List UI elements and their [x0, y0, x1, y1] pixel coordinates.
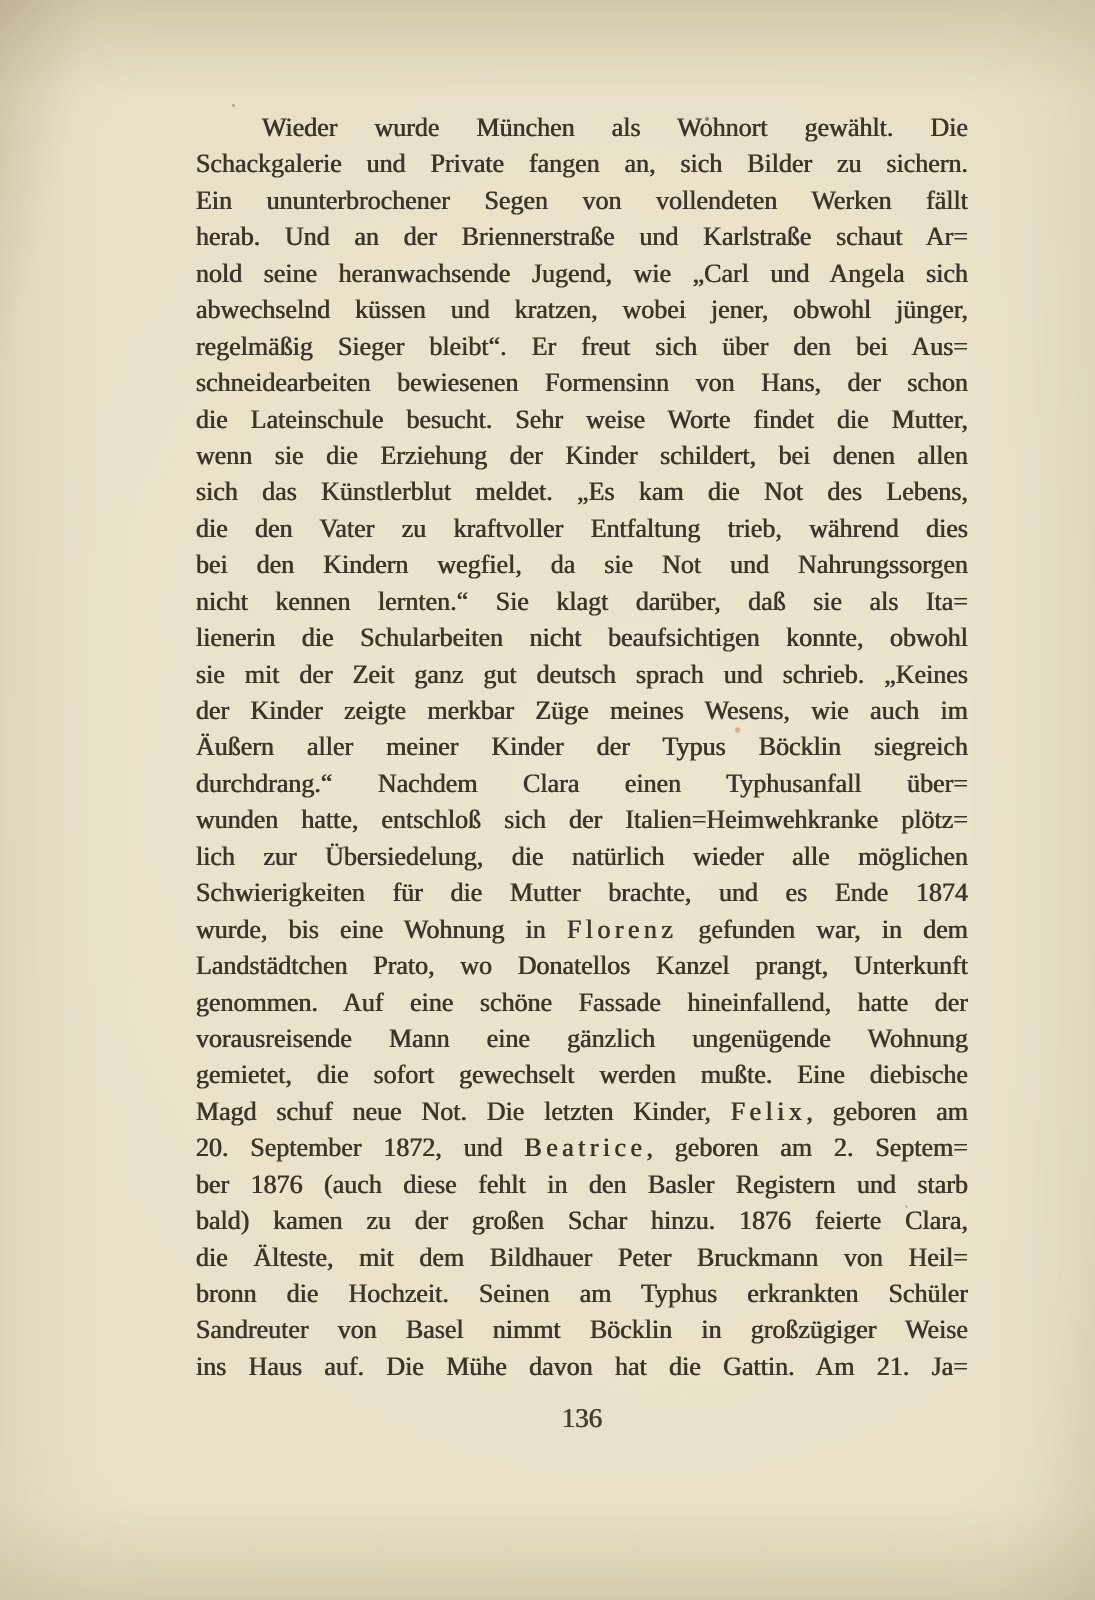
text-segment: sie mit der Zeit ganz gut deutsch sprach… [196, 660, 968, 689]
text-line: Landstädtchen Prato, wo Donatellos Kanze… [196, 948, 968, 984]
text-segment: Sandreuter von Basel nimmt Böcklin in gr… [196, 1315, 968, 1344]
text-segment: wurde, bis eine Wohnung in [196, 915, 567, 944]
text-line: schneidearbeiten bewiesenen Formensinn v… [196, 365, 968, 401]
text-line: wenn sie die Erziehung der Kinder schild… [196, 438, 968, 474]
paper-speck [232, 104, 235, 107]
letterspaced-text-segment: Florenz [567, 915, 677, 944]
text-line: Magd schuf neue Not. Die letzten Kinder,… [196, 1094, 968, 1130]
text-segment: genommen. Auf eine schöne Fassade hinein… [196, 988, 968, 1017]
text-line: bald) kamen zu der großen Schar hinzu. 1… [196, 1203, 968, 1239]
text-segment: , geboren am [806, 1097, 968, 1126]
text-segment: Wieder wurde München als Wohnort gewählt… [262, 113, 968, 142]
text-line: genommen. Auf eine schöne Fassade hinein… [196, 985, 968, 1021]
text-line: ins Haus auf. Die Mühe davon hat die Gat… [196, 1349, 968, 1385]
page-text: Wieder wurde München als Wohnort gewählt… [196, 110, 968, 1385]
text-line: herab. Und an der Briennerstraße und Kar… [196, 219, 968, 255]
text-line: Sandreuter von Basel nimmt Böcklin in gr… [196, 1312, 968, 1348]
text-segment: Ein ununterbrochener Segen von vollendet… [196, 186, 968, 215]
text-line: Ein ununterbrochener Segen von vollendet… [196, 183, 968, 219]
text-segment: bei den Kindern wegfiel, da sie Not und … [196, 550, 968, 579]
text-line: wunden hatte, entschloß sich der Italien… [196, 802, 968, 838]
text-line: Schackgalerie und Private fangen an, sic… [196, 146, 968, 182]
text-line: bei den Kindern wegfiel, da sie Not und … [196, 547, 968, 583]
text-line: die den Vater zu kraftvoller Entfaltung … [196, 511, 968, 547]
text-segment: die Älteste, mit dem Bildhauer Peter Bru… [196, 1243, 968, 1272]
text-line: nold seine heranwachsende Jugend, wie „C… [196, 256, 968, 292]
text-segment: bald) kamen zu der großen Schar hinzu. 1… [196, 1206, 968, 1235]
text-segment: der Kinder zeigte merkbar Züge meines We… [196, 696, 968, 725]
text-line: gemietet, die sofort gewechselt werden m… [196, 1057, 968, 1093]
text-segment: sich das Künstlerblut meldet. „Es kam di… [196, 477, 968, 506]
text-line: wurde, bis eine Wohnung in Florenz gefun… [196, 912, 968, 948]
scanned-book-page: Wieder wurde München als Wohnort gewählt… [0, 0, 1095, 1600]
text-segment: herab. Und an der Briennerstraße und Kar… [196, 222, 968, 251]
text-line: Wieder wurde München als Wohnort gewählt… [196, 110, 968, 146]
text-line: bronn die Hochzeit. Seinen am Typhus erk… [196, 1276, 968, 1312]
text-line: regelmäßig Sieger bleibt“. Er freut sich… [196, 329, 968, 365]
text-segment: ins Haus auf. Die Mühe davon hat die Gat… [196, 1352, 968, 1381]
text-line: nicht kennen lernten.“ Sie klagt darüber… [196, 584, 968, 620]
text-segment: die den Vater zu kraftvoller Entfaltung … [196, 514, 968, 543]
text-segment: die Lateinschule besucht. Sehr weise Wor… [196, 405, 968, 434]
text-line: die Lateinschule besucht. Sehr weise Wor… [196, 402, 968, 438]
text-segment: Schwierigkeiten für die Mutter brachte, … [196, 878, 968, 907]
text-line: sich das Künstlerblut meldet. „Es kam di… [196, 474, 968, 510]
text-line: Äußern aller meiner Kinder der Typus Böc… [196, 729, 968, 765]
text-segment: wunden hatte, entschloß sich der Italien… [196, 805, 968, 834]
text-segment: abwechselnd küssen und kratzen, wobei je… [196, 295, 968, 324]
text-segment: nicht kennen lernten.“ Sie klagt darüber… [196, 587, 968, 616]
text-line: lienerin die Schularbeiten nicht beaufsi… [196, 620, 968, 656]
text-segment: lich zur Übersiedelung, die natürlich wi… [196, 842, 968, 871]
text-segment: wenn sie die Erziehung der Kinder schild… [196, 441, 968, 470]
text-segment: lienerin die Schularbeiten nicht beaufsi… [196, 623, 968, 652]
text-line: Schwierigkeiten für die Mutter brachte, … [196, 875, 968, 911]
text-line: lich zur Übersiedelung, die natürlich wi… [196, 839, 968, 875]
text-line: der Kinder zeigte merkbar Züge meines We… [196, 693, 968, 729]
text-line: die Älteste, mit dem Bildhauer Peter Bru… [196, 1240, 968, 1276]
text-segment: ber 1876 (auch diese fehlt in den Basler… [196, 1170, 968, 1199]
text-segment: Äußern aller meiner Kinder der Typus Böc… [196, 732, 968, 761]
text-segment: Schackgalerie und Private fangen an, sic… [196, 149, 968, 178]
text-line: ber 1876 (auch diese fehlt in den Basler… [196, 1167, 968, 1203]
text-line: vorausreisende Mann eine gänzlich ungenü… [196, 1021, 968, 1057]
text-line: durchdrang.“ Nachdem Clara einen Typhusa… [196, 766, 968, 802]
text-segment: nold seine heranwachsende Jugend, wie „C… [196, 259, 968, 288]
text-segment: vorausreisende Mann eine gänzlich ungenü… [196, 1024, 968, 1053]
text-segment: bronn die Hochzeit. Seinen am Typhus erk… [196, 1279, 968, 1308]
page-number: 136 [196, 1398, 968, 1438]
letterspaced-text-segment: Beatrice [525, 1133, 647, 1162]
text-segment: regelmäßig Sieger bleibt“. Er freut sich… [196, 332, 968, 361]
text-segment: , geboren am 2. Septem= [647, 1133, 969, 1162]
text-segment: 20. September 1872, und [196, 1133, 525, 1162]
text-segment: Landstädtchen Prato, wo Donatellos Kanze… [196, 951, 968, 980]
letterspaced-text-segment: Felix [731, 1097, 807, 1126]
text-line: 20. September 1872, und Beatrice, gebore… [196, 1130, 968, 1166]
text-segment: schneidearbeiten bewiesenen Formensinn v… [196, 368, 968, 397]
text-segment: gefunden war, in dem [677, 915, 968, 944]
text-segment: Magd schuf neue Not. Die letzten Kinder, [196, 1097, 731, 1126]
text-line: abwechselnd küssen und kratzen, wobei je… [196, 292, 968, 328]
text-line: sie mit der Zeit ganz gut deutsch sprach… [196, 657, 968, 693]
text-segment: gemietet, die sofort gewechselt werden m… [196, 1060, 968, 1089]
text-segment: durchdrang.“ Nachdem Clara einen Typhusa… [196, 769, 968, 798]
